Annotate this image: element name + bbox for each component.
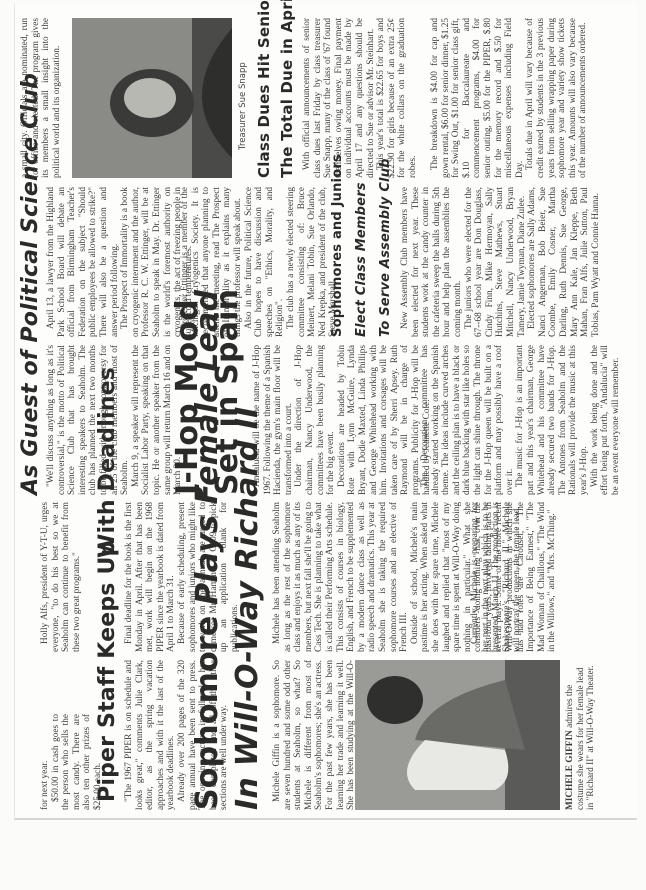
headline-piper: Piper Staff Keeps Up (95, 541, 120, 802)
headline-sophomore-word: Sophomore (190, 605, 225, 810)
polisci-p1: "We'll discuss anything as long as it's … (46, 345, 131, 495)
piper-p3: Final deadline for the book is the first… (124, 502, 177, 652)
headline-class-dues-1: Class Dues Hit Seniors ; (255, 0, 273, 178)
newspaper-sheet: for next year. $50.00 in cash goes to th… (0, 0, 646, 890)
headline-assembly-1: Sophomores and Juniors (330, 154, 345, 337)
caption-sue-snapp: Treasurer Sue Snapp (238, 62, 248, 150)
dues-p2: This year's total is $22.65 for boys and… (376, 18, 418, 178)
dues-p3: The breakdown is $4.00 for cap and gown … (430, 18, 525, 178)
soph-p2: Michele has been attending Seaholm as lo… (272, 502, 410, 652)
assembly-body: New Assembly Club members have been elec… (400, 187, 601, 337)
jhop-body-2: The Decoration committee has already sta… (420, 345, 621, 495)
photo-michele-giffin (355, 660, 560, 810)
assembly-p3: Elected sophomores are Sally Adams, Nanc… (527, 187, 601, 337)
jhop-body-1: Andalucia will be the name of J-Hop 1967… (252, 345, 432, 495)
polisci-p3: April 13, a lawyer from the Highland Par… (46, 187, 120, 337)
jhop-p2: Under the direction of J-Hop chairman, N… (294, 345, 336, 495)
headline-sophomore-1: Sophomore Plays Female Lead (190, 290, 225, 810)
portrait-illustration-icon (72, 18, 232, 178)
piper-p1: "The 1967 PIPER is on schedule and looks… (124, 660, 177, 810)
headline-female-lead: Plays Female Lead (190, 290, 225, 605)
jhop-p3: Decorations are headed by Tobin Rote wit… (337, 345, 432, 495)
sophomore-body-3: Currently, Michele is preparing for her … (470, 502, 523, 652)
assembly-p2: The juniors who were elected for the 67-… (464, 187, 528, 337)
jhop-p5: The music for J-Hop is an important part… (515, 345, 589, 495)
soph-p4: Currently, Michele is preparing for her … (470, 502, 523, 652)
jhop-p4: The Decoration committee has already sta… (420, 345, 515, 495)
assembly-p1: New Assembly Club members have been elec… (400, 187, 464, 337)
caption-name: MICHELE GIFFIN (565, 730, 575, 810)
polisci-p6: Also in the future, Political Science Cl… (244, 187, 286, 337)
jhop-p6: With the work being done and the effort … (590, 345, 622, 495)
headline-class-dues-2: The Total Due in April (278, 0, 296, 178)
dues-p4: Totals due in April will vary because of… (525, 18, 589, 178)
photo-sue-snapp (72, 18, 232, 178)
polisci-body-1: "We'll discuss anything as long as it's … (46, 345, 184, 495)
headline-sophomore-2: In Will-O-Way Richard II (230, 406, 265, 810)
class-dues-body-2: The breakdown is $4.00 for cap and gown … (430, 18, 589, 178)
polisci-intro-tail: a small city. Officials are nominated, r… (20, 18, 62, 178)
headline-assembly-3: To Serve Assembly Club (378, 158, 393, 337)
intro-tail-paragraph: a small city. Officials are nominated, r… (20, 18, 62, 178)
holly-alfs-text: Holly Alfs, president of Y-T-U, urges ev… (40, 502, 82, 652)
costume-photo-illustration-icon (355, 660, 560, 810)
caption-michele-giffin: MICHELE GIFFIN admires the costume she w… (565, 660, 597, 810)
headline-assembly-2: Elect Class Members (354, 182, 369, 337)
lead-tail-1: for next year. (40, 714, 51, 810)
class-dues-body-1: With official announcements of senior cl… (302, 18, 419, 178)
holly-alfs-paragraph: Holly Alfs, president of Y-T-U, urges ev… (40, 502, 82, 652)
